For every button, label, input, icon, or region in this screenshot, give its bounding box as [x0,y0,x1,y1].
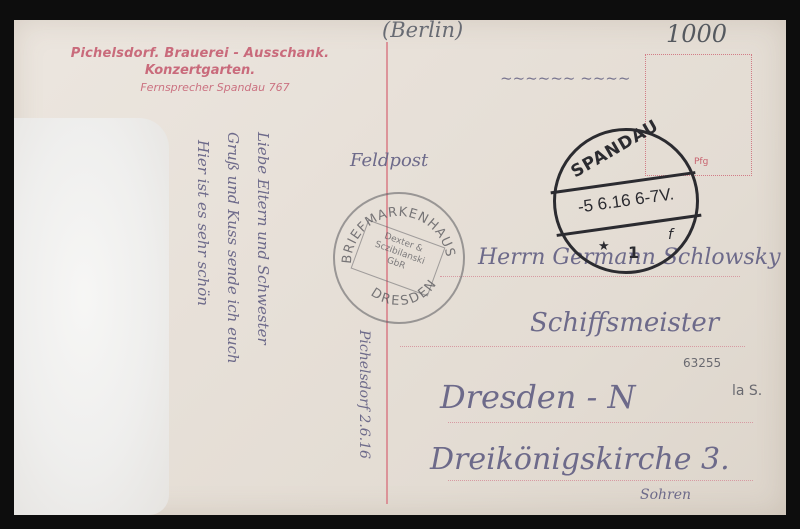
dealer-stamp: BRIEFMARKENHAUS DRESDEN Dexter & Sczibil… [333,192,465,324]
message-date: Pichelsdorf 2.6.16 [356,330,372,459]
stamp-box-label: Pfg [694,157,708,167]
address-line-1 [440,276,740,277]
printed-header: Pichelsdorf. Brauerei - Ausschank. Konze… [30,46,370,94]
address-note: Sohren [640,487,691,503]
city-annotation: (Berlin) [382,18,463,42]
header-business-name: Pichelsdorf. Brauerei - Ausschank. [30,46,370,61]
message-line-1: Liebe Eltern und Schwester [254,132,272,345]
header-telephone: Fernsprecher Spandau 767 [30,81,370,94]
handwriting-feldpost: Feldpost [350,150,428,171]
postmark-suffix: f [668,227,673,243]
address-line-3 [448,422,753,423]
star-icon: ★ [598,239,610,254]
catalog-number: 63255 [683,356,721,370]
address-line-4 [448,480,753,481]
correction-whiteout-area [14,118,169,515]
address-line-2 [400,346,745,347]
upside-down-handwriting: ~~~~ ~~~~~~ [500,70,630,88]
header-subtitle: Konzertgarten. [30,63,370,78]
address-occupation: Schiffsmeister [530,308,719,338]
postmark-office: 1 [628,243,639,262]
address-street: Dreikönigskirche 3. [430,442,730,477]
postmark: SPANDAU -5 6.16 6-7V. ★ 1 f [553,128,699,274]
address-city: Dresden - N [440,378,636,416]
message-line-2: Gruß und Kuss sende ich euch [224,132,242,364]
price-annotation: 1000 [666,20,727,48]
grade-annotation: la S. [732,383,762,399]
message-line-3: Hier ist es sehr schön [194,140,212,306]
